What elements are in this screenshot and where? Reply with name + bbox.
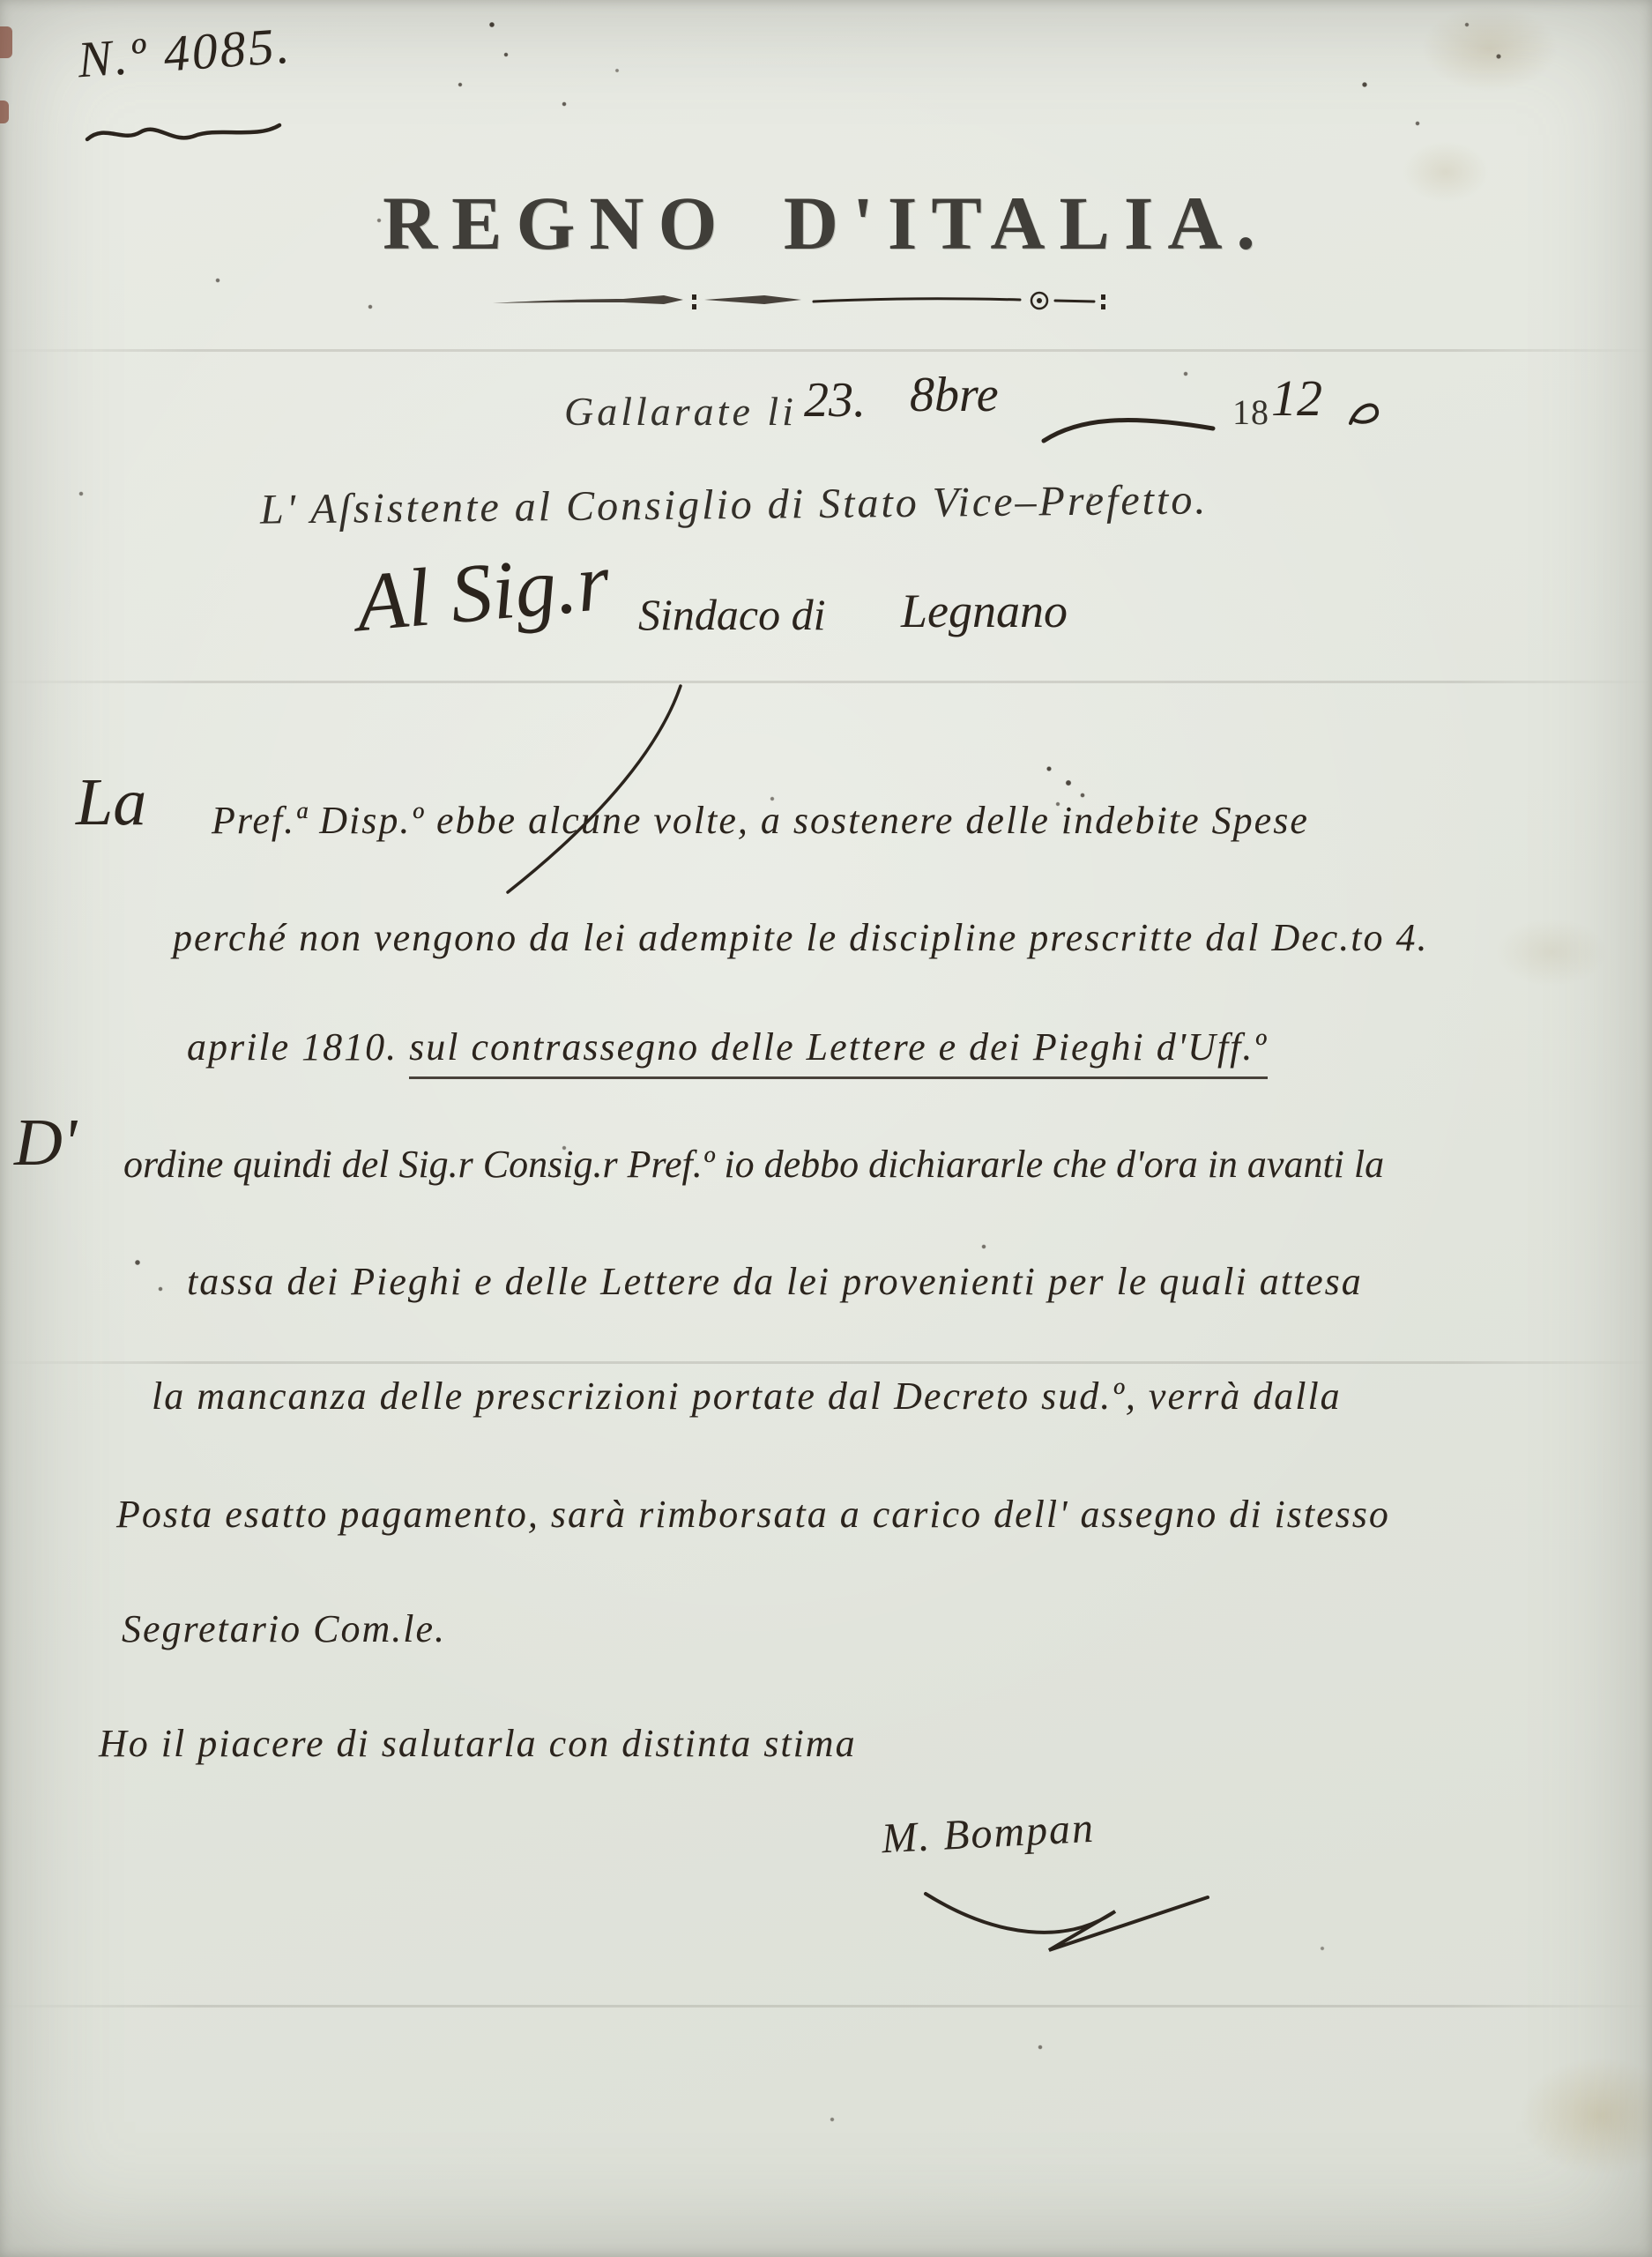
addressee-salutation: Al Sig.r	[353, 534, 614, 652]
dateline-month: 8bre	[910, 367, 999, 423]
dateline-curl-flourish	[1345, 393, 1386, 434]
paper-crease	[0, 2005, 1652, 2007]
addressee-flourish	[494, 681, 696, 901]
page-title: REGNO D'ITALIA.	[383, 179, 1269, 267]
paper-crease	[0, 349, 1652, 352]
document-page: N.º 4085. REGNO D'ITALIA. Gallarate li 2…	[0, 0, 1652, 2257]
body-initial-cap: D'	[14, 1109, 77, 1176]
body-line: Pref.ª Disp.º ebbe alcune volte, a soste…	[212, 798, 1309, 843]
body-line-start: aprile 1810.	[187, 1025, 398, 1069]
dateline-place-label: Gallarate li	[564, 388, 797, 435]
dateline-swash-dash	[1040, 409, 1217, 448]
body-line: la mancanza delle prescrizioni portate d…	[152, 1374, 1342, 1419]
dateline: Gallarate li 23. 8bre 18 12	[564, 377, 1428, 483]
body-line-underlined: sul contrassegno delle Lettere e dei Pie…	[409, 1025, 1268, 1079]
body-line: aprile 1810. sul contrassegno delle Lett…	[187, 1024, 1268, 1069]
paper-specks	[0, 0, 1652, 2257]
body-line: ordine quindi del Sig.r Consig.r Pref.º …	[123, 1142, 1384, 1187]
closing-line: Ho il piacere di salutarla con distinta …	[99, 1721, 857, 1766]
number-flourish	[84, 113, 286, 161]
binding-mark	[0, 101, 9, 123]
ornamental-rule	[491, 291, 1117, 314]
addressee-place: Legnano	[901, 584, 1068, 638]
doc-number-text: N.º 4085.	[76, 17, 294, 89]
doc-number: N.º 4085.	[76, 16, 294, 90]
body-line: Posta esatto pagamento, sarà rimborsata …	[116, 1492, 1390, 1537]
paper-crease	[0, 1361, 1652, 1364]
body-line: Segretario Com.le.	[122, 1606, 446, 1651]
body-line: tassa dei Pieghi e delle Lettere da lei …	[187, 1259, 1363, 1304]
signature: M. Bompan	[881, 1804, 1097, 1864]
dateline-year: 12	[1271, 369, 1322, 428]
body-line: perché non vengono da lei adempite le di…	[173, 915, 1429, 960]
dateline-year-prefix: 18	[1232, 391, 1269, 433]
body-initial-cap: La	[76, 769, 146, 836]
sender-line: L' Aſsistente al Consiglio di Stato Vice…	[260, 475, 1209, 533]
signature-flourish	[917, 1876, 1217, 1964]
dateline-day: 23.	[804, 372, 866, 428]
paper-crease	[0, 681, 1652, 683]
binding-mark	[0, 26, 12, 58]
addressee-office: Sindaco di	[638, 589, 825, 640]
